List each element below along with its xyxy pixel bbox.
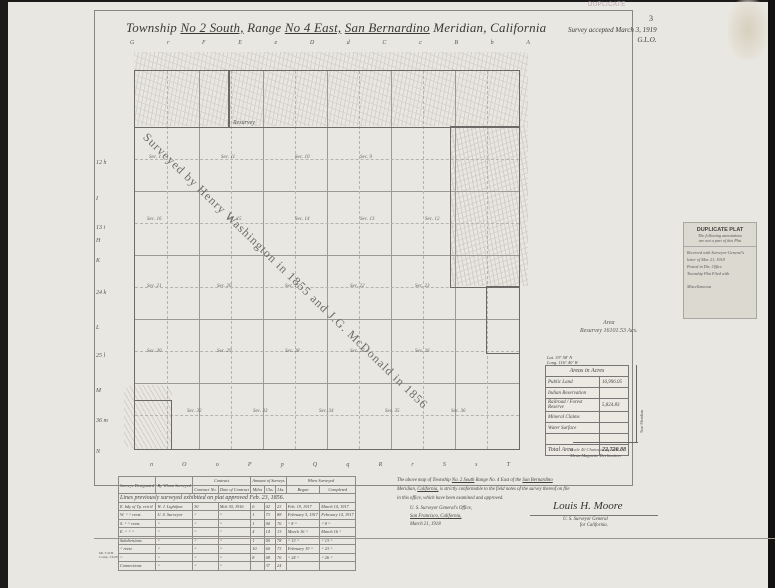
bottom-border-letters: nOoPpQqRrSsT [150,462,510,468]
sheet-number: 3 [649,14,653,23]
border-letter: C [382,40,386,46]
surveyor-general-signature: Louis H. Moore [553,500,623,512]
survey-record-table: Surveys Designated By Whom Surveyed Cont… [118,476,356,571]
signature-line [530,515,658,516]
border-letter: I [96,196,98,202]
border-letter: O [182,462,186,468]
border-letter: o [216,462,219,468]
township-number: No 2 South, [180,20,243,35]
border-letter: e [275,40,278,46]
scan-edge [768,0,775,588]
section-label: Sec. 11 [221,155,235,160]
true-meridian-label: True Meridian [639,410,644,433]
border-letter: 25 l [96,353,105,359]
duplicate-stamp: DUPLICATE [588,2,626,8]
section-label: Sec. 10 [295,155,309,160]
sheet-bottom-rule [94,538,775,539]
border-letter: K [96,258,100,264]
border-letter: F [202,40,206,46]
table-row: W. “ “ reest.U. S. Surveyor““17388Februa… [119,511,356,520]
section-label: Sec. 34 [319,409,333,414]
survey-accepted-note: Survey accepted March 3, 1919 G.L.O. [568,25,657,45]
border-letter: r [167,40,169,46]
border-letter: A [526,40,530,46]
border-letter: L [96,325,99,331]
section-line [135,383,519,384]
border-letter: Q [313,462,317,468]
section-label: Sec. 29 [217,349,231,354]
resurvey-label: Resurvey [233,120,255,126]
section-label: Sec. 20 [217,284,231,289]
area-note: Area Resurvey 16101.53 Acs. [580,319,638,335]
border-letter: c [419,40,422,46]
resurvey-block-nw [134,70,230,128]
top-border-letters: GrFEeDdCcBbA [130,40,530,46]
border-letter: B [454,40,458,46]
section-label: Sec. 13 [360,217,374,222]
border-letter: r [411,462,413,468]
table-row: E. bdy of Tp. retr'dW. J. Lightfoot30Mch… [119,502,356,511]
border-letter: s [475,462,477,468]
border-letter: G [130,40,134,46]
border-letter: 12 h [96,160,107,166]
border-letter: H [96,238,100,244]
section-label: Sec. 36 [451,409,465,414]
paper-stain [728,0,768,60]
north-arrow-line [636,365,637,443]
certificate-office: U. S. Surveyor General's Office, San Fra… [410,505,472,529]
border-letter: P [248,462,252,468]
quarter-line [135,351,519,352]
table-row: S. “ “ reest.“““10076“ 8 ““ 8 “ [119,519,356,528]
approval-certificate: The above map of Township No. 2 South Ra… [397,476,665,503]
signature-title: U. S. Surveyor General for California. [563,517,608,529]
table-row: E. “ “ ““““41413March 16 “March 16 “ [119,528,356,537]
border-letter: N [96,449,100,455]
section-label: Sec. 21 [147,284,161,289]
table-row: ““““80876“ 24 ““ 26 “ [119,553,356,562]
border-letter: T [507,462,510,468]
table-row: Water Surface [546,423,629,434]
meridian-name: San Bernardino [345,20,430,35]
border-letter: 24 k [96,290,106,296]
table-row: Mineral Claims [546,412,629,423]
lat-long: Lat. 33° 58' N Long. 116° 40' W [547,355,578,365]
range-number: No 4 East, [285,20,342,35]
duplicate-plat-card: DUPLICATE PLAT The following annotations… [683,222,757,319]
resurvey-block-n [228,70,520,128]
border-letter: R [379,462,383,468]
section-label: Sec. 16 [147,217,161,222]
resurvey-block-se [486,286,520,354]
border-letter: S [443,462,446,468]
section-label: Sec. 35 [385,409,399,414]
scale-text: Scale 40 Chains to an inch Mean Magnetic… [570,447,621,459]
table-row: Connections“““3724 [119,562,356,571]
survey-side-note: Mi. T.D.B. Comp. T.D.B. [99,551,119,559]
table-row: Public Land16,996.05 [546,377,629,388]
section-label: Sec. 22 [350,284,364,289]
border-letter: n [150,462,153,468]
border-letter: 13 i [96,225,105,231]
table-row: “ reest.“““106073February 19 ““ 23 “ [119,545,356,554]
resurvey-block-e [450,126,520,288]
table-row: Railroad / Forest Reserve5,824.83 [546,399,629,412]
scale-bar [573,442,638,443]
section-label: Sec. 9 [360,155,372,160]
section-label: Sec. 32 [187,409,201,414]
border-letter: b [491,40,494,46]
section-label: Sec. 26 [415,349,429,354]
table-row: Indian Reservation [546,388,629,399]
section-label: Sec. 30 [147,349,161,354]
section-label: Sec. 12 [425,217,439,222]
section-label: Sec. 23 [415,284,429,289]
section-label: Sec. 33 [253,409,267,414]
border-letter: 36 m [96,418,108,424]
page-title: Township No 2 South, Range No 4 East, Sa… [126,20,546,36]
resurvey-block-sw [134,400,172,450]
border-letter: E [238,40,242,46]
section-label: Sec. 28 [285,349,299,354]
border-letter: M [96,388,101,394]
border-letter: D [310,40,314,46]
border-letter: d [347,40,350,46]
quarter-line [135,415,519,416]
border-letter: q [346,462,349,468]
border-letter: p [281,462,284,468]
section-label: Sec. 14 [295,217,309,222]
